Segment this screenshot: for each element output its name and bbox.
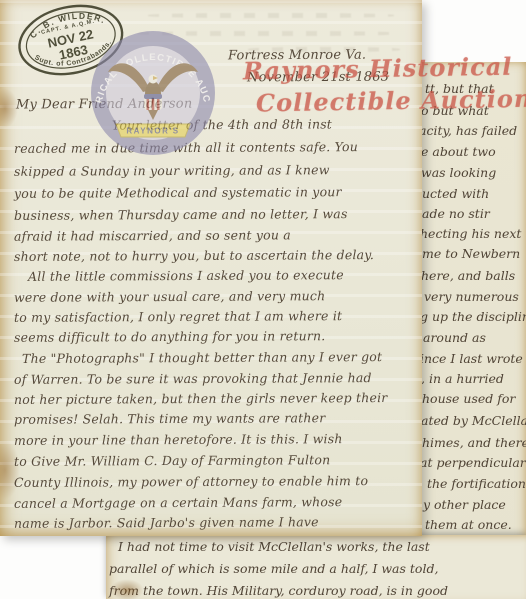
page2-fragment: around as bbox=[423, 330, 486, 345]
page3-line: I had not time to visit McClellan's work… bbox=[118, 539, 430, 554]
letter-line: seems difficult to do anything for you i… bbox=[14, 328, 325, 345]
letter-line: of Warren. To be sure it was provoking t… bbox=[14, 370, 372, 387]
seal-banner: RAYNOR'S bbox=[116, 124, 190, 137]
letter-line: short note, not to hurry you, but to asc… bbox=[14, 247, 374, 264]
letter-line: to Give Mr. William C. Day of Farmington… bbox=[14, 452, 330, 469]
letter-line: were done with your usual care, and very… bbox=[14, 288, 325, 305]
letter-line: more in your line than heretofore. It is… bbox=[14, 431, 343, 448]
page2-fragment: , in a hurried bbox=[421, 371, 504, 386]
page2-fragment: y other place bbox=[423, 497, 506, 512]
seal-banner-text: RAYNOR'S bbox=[126, 127, 179, 136]
page2-fragment: here, and balls bbox=[421, 268, 515, 283]
letter-line: name is Jarbor. Said Jarbo's given name … bbox=[14, 514, 319, 531]
letter-page-3: I had not time to visit McClellan's work… bbox=[106, 535, 526, 599]
letter-line: to my satisfaction, I only regret that I… bbox=[14, 308, 342, 325]
bleed-through-line bbox=[148, 13, 394, 18]
letter-photo: tt, but that o but what acity, has faile… bbox=[0, 0, 526, 599]
page2-fragment: me to Newbern bbox=[422, 246, 520, 261]
page2-fragment: was looking bbox=[421, 165, 496, 180]
page2-fragment: very numerous bbox=[424, 289, 519, 304]
auction-seal-watermark: HISTORICAL COLLECTIBLE AUCTIONS bbox=[88, 28, 218, 158]
page2-fragment: himes, and there bbox=[422, 435, 526, 450]
page2-fragment: ated by McClellan bbox=[421, 413, 526, 428]
shield-icon bbox=[144, 94, 162, 110]
paper-stain bbox=[0, 440, 20, 500]
page3-line: from the town. His Military, corduroy ro… bbox=[109, 583, 448, 598]
letter-line: All the little commissions I asked you t… bbox=[28, 267, 344, 284]
watermark-text-line1: Raynors Historical bbox=[243, 52, 513, 86]
letter-line: County Illinois, my power of attorney to… bbox=[14, 473, 368, 490]
page2-fragment: e about two bbox=[421, 144, 496, 159]
page2-fragment: them at once. bbox=[425, 517, 512, 532]
page2-fragment: , the fortifications bbox=[419, 476, 526, 491]
page2-fragment: g up the disciplin bbox=[420, 309, 526, 324]
page2-fragment: ucted with bbox=[422, 186, 489, 201]
watermark-text-line2: Collectible Auctions bbox=[256, 83, 526, 117]
letter-line: you to be quite Methodical and systemati… bbox=[14, 184, 342, 201]
letter-line: skipped a Sunday in your writing, and as… bbox=[14, 162, 330, 179]
page2-fragment: hecting his next bbox=[420, 226, 521, 241]
page3-line: parallel of which is some mile and a hal… bbox=[109, 561, 438, 576]
letter-line: not her picture taken, but then the girl… bbox=[14, 390, 388, 407]
page2-fragment: house used for bbox=[422, 391, 515, 406]
page2-fragment: at perpendicular bbox=[420, 455, 526, 470]
page2-fragment: ade no stir bbox=[422, 206, 490, 221]
letter-line: afraid it had miscarried, and so sent yo… bbox=[14, 227, 291, 243]
letter-line: promises! Selah. This time my wants are … bbox=[14, 410, 325, 427]
eagle-seal-icon: HISTORICAL COLLECTIBLE AUCTIONS bbox=[88, 28, 218, 158]
letter-line: cancel a Mortgage on a certain Mans farm… bbox=[14, 494, 342, 511]
letter-line: business, when Thursday came and no lett… bbox=[14, 206, 348, 223]
page2-fragment: acity, has failed bbox=[419, 123, 517, 138]
page2-fragment: ince I last wrote bbox=[420, 351, 523, 366]
letter-line: The "Photographs" I thought better than … bbox=[22, 349, 382, 366]
